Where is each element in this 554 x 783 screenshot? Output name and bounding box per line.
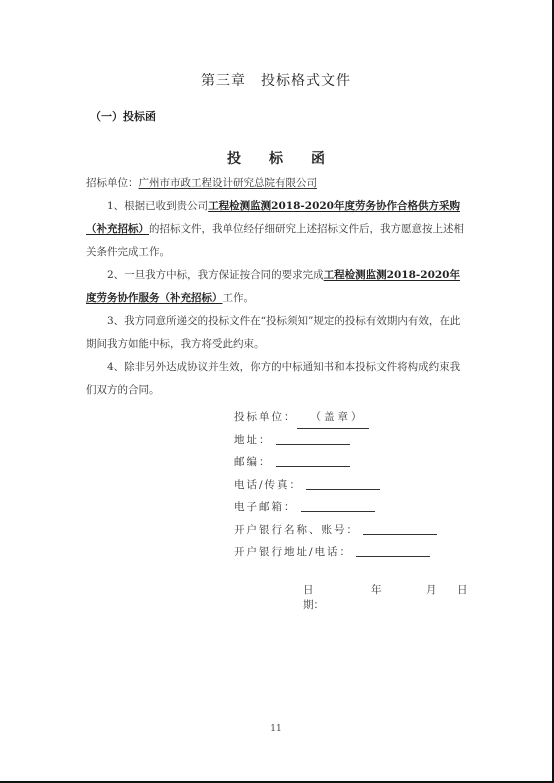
form-row-bank-address: 开户银行地址/电话：	[234, 541, 437, 564]
stamp-field[interactable]: （盖章）	[297, 406, 369, 429]
date-label: 日期：	[303, 582, 324, 612]
letter-title: 投标函	[0, 148, 552, 168]
form-label: 地址：	[234, 434, 272, 446]
form-label: 投标单位：	[234, 411, 297, 423]
paragraph-2-prefix: 2、一旦我方中标，我方保证按合同的要求完成	[107, 269, 324, 281]
date-day: 日	[457, 582, 468, 597]
page-number: 11	[0, 724, 552, 734]
form-row-address: 地址：	[234, 429, 437, 452]
tenderer-line: 招标单位：广州市市政工程设计研究总院有限公司	[86, 172, 470, 195]
section-title: （一）投标函	[90, 108, 156, 124]
bank-account-field[interactable]	[363, 522, 437, 535]
phone-fax-field[interactable]	[306, 477, 380, 490]
paragraph-1: 1、根据已收到贵公司工程检测监测2018-2020年度劳务协作合格供方采购（补充…	[86, 195, 470, 264]
form-row-email: 电子邮箱：	[234, 496, 437, 519]
chapter-title: 第三章 投标格式文件	[0, 70, 552, 90]
form-row-postcode: 邮编：	[234, 451, 437, 474]
form-row-phone-fax: 电话/传真：	[234, 474, 437, 497]
date-year: 年	[371, 582, 382, 597]
paragraph-3: 3、我方同意所递交的投标文件在“投标须知”规定的投标有效期内有效，在此期间我方如…	[86, 310, 470, 356]
email-field[interactable]	[301, 499, 375, 512]
paragraph-4: 4、除非另外达成协议并生效，你方的中标通知书和本投标文件将构成约束我们双方的合同…	[86, 356, 470, 402]
form-row-tenderer: 投标单位：（盖章）	[234, 406, 437, 429]
form-label: 开户银行地址/电话：	[234, 546, 352, 558]
postcode-field[interactable]	[276, 454, 350, 467]
bank-address-field[interactable]	[356, 544, 430, 557]
tenderer-value: 广州市市政工程设计研究总院有限公司	[139, 177, 318, 189]
paragraph-2: 2、一旦我方中标，我方保证按合同的要求完成工程检测监测2018-2020年度劳务…	[86, 264, 470, 310]
form-label: 电子邮箱：	[234, 501, 297, 513]
tenderer-label: 招标单位：	[86, 177, 139, 189]
form-label: 开户银行名称、账号：	[234, 524, 359, 536]
form-label: 邮编：	[234, 456, 272, 468]
paragraph-1-prefix: 1、根据已收到贵公司	[107, 200, 208, 212]
paragraph-2-suffix: 工作。	[223, 292, 255, 304]
letter-title-char: 标	[269, 148, 283, 168]
document-page: 第三章 投标格式文件 （一）投标函 投标函 招标单位：广州市市政工程设计研究总院…	[0, 0, 554, 783]
address-field[interactable]	[276, 432, 350, 445]
form-row-bank-account: 开户银行名称、账号：	[234, 519, 437, 542]
letter-title-char: 函	[311, 148, 325, 168]
form-label: 电话/传真：	[234, 479, 302, 491]
letter-title-char: 投	[227, 148, 241, 168]
signature-form: 投标单位：（盖章） 地址： 邮编： 电话/传真： 电子邮箱： 开户银行名称、账号…	[234, 406, 437, 564]
date-month: 月	[426, 582, 437, 597]
